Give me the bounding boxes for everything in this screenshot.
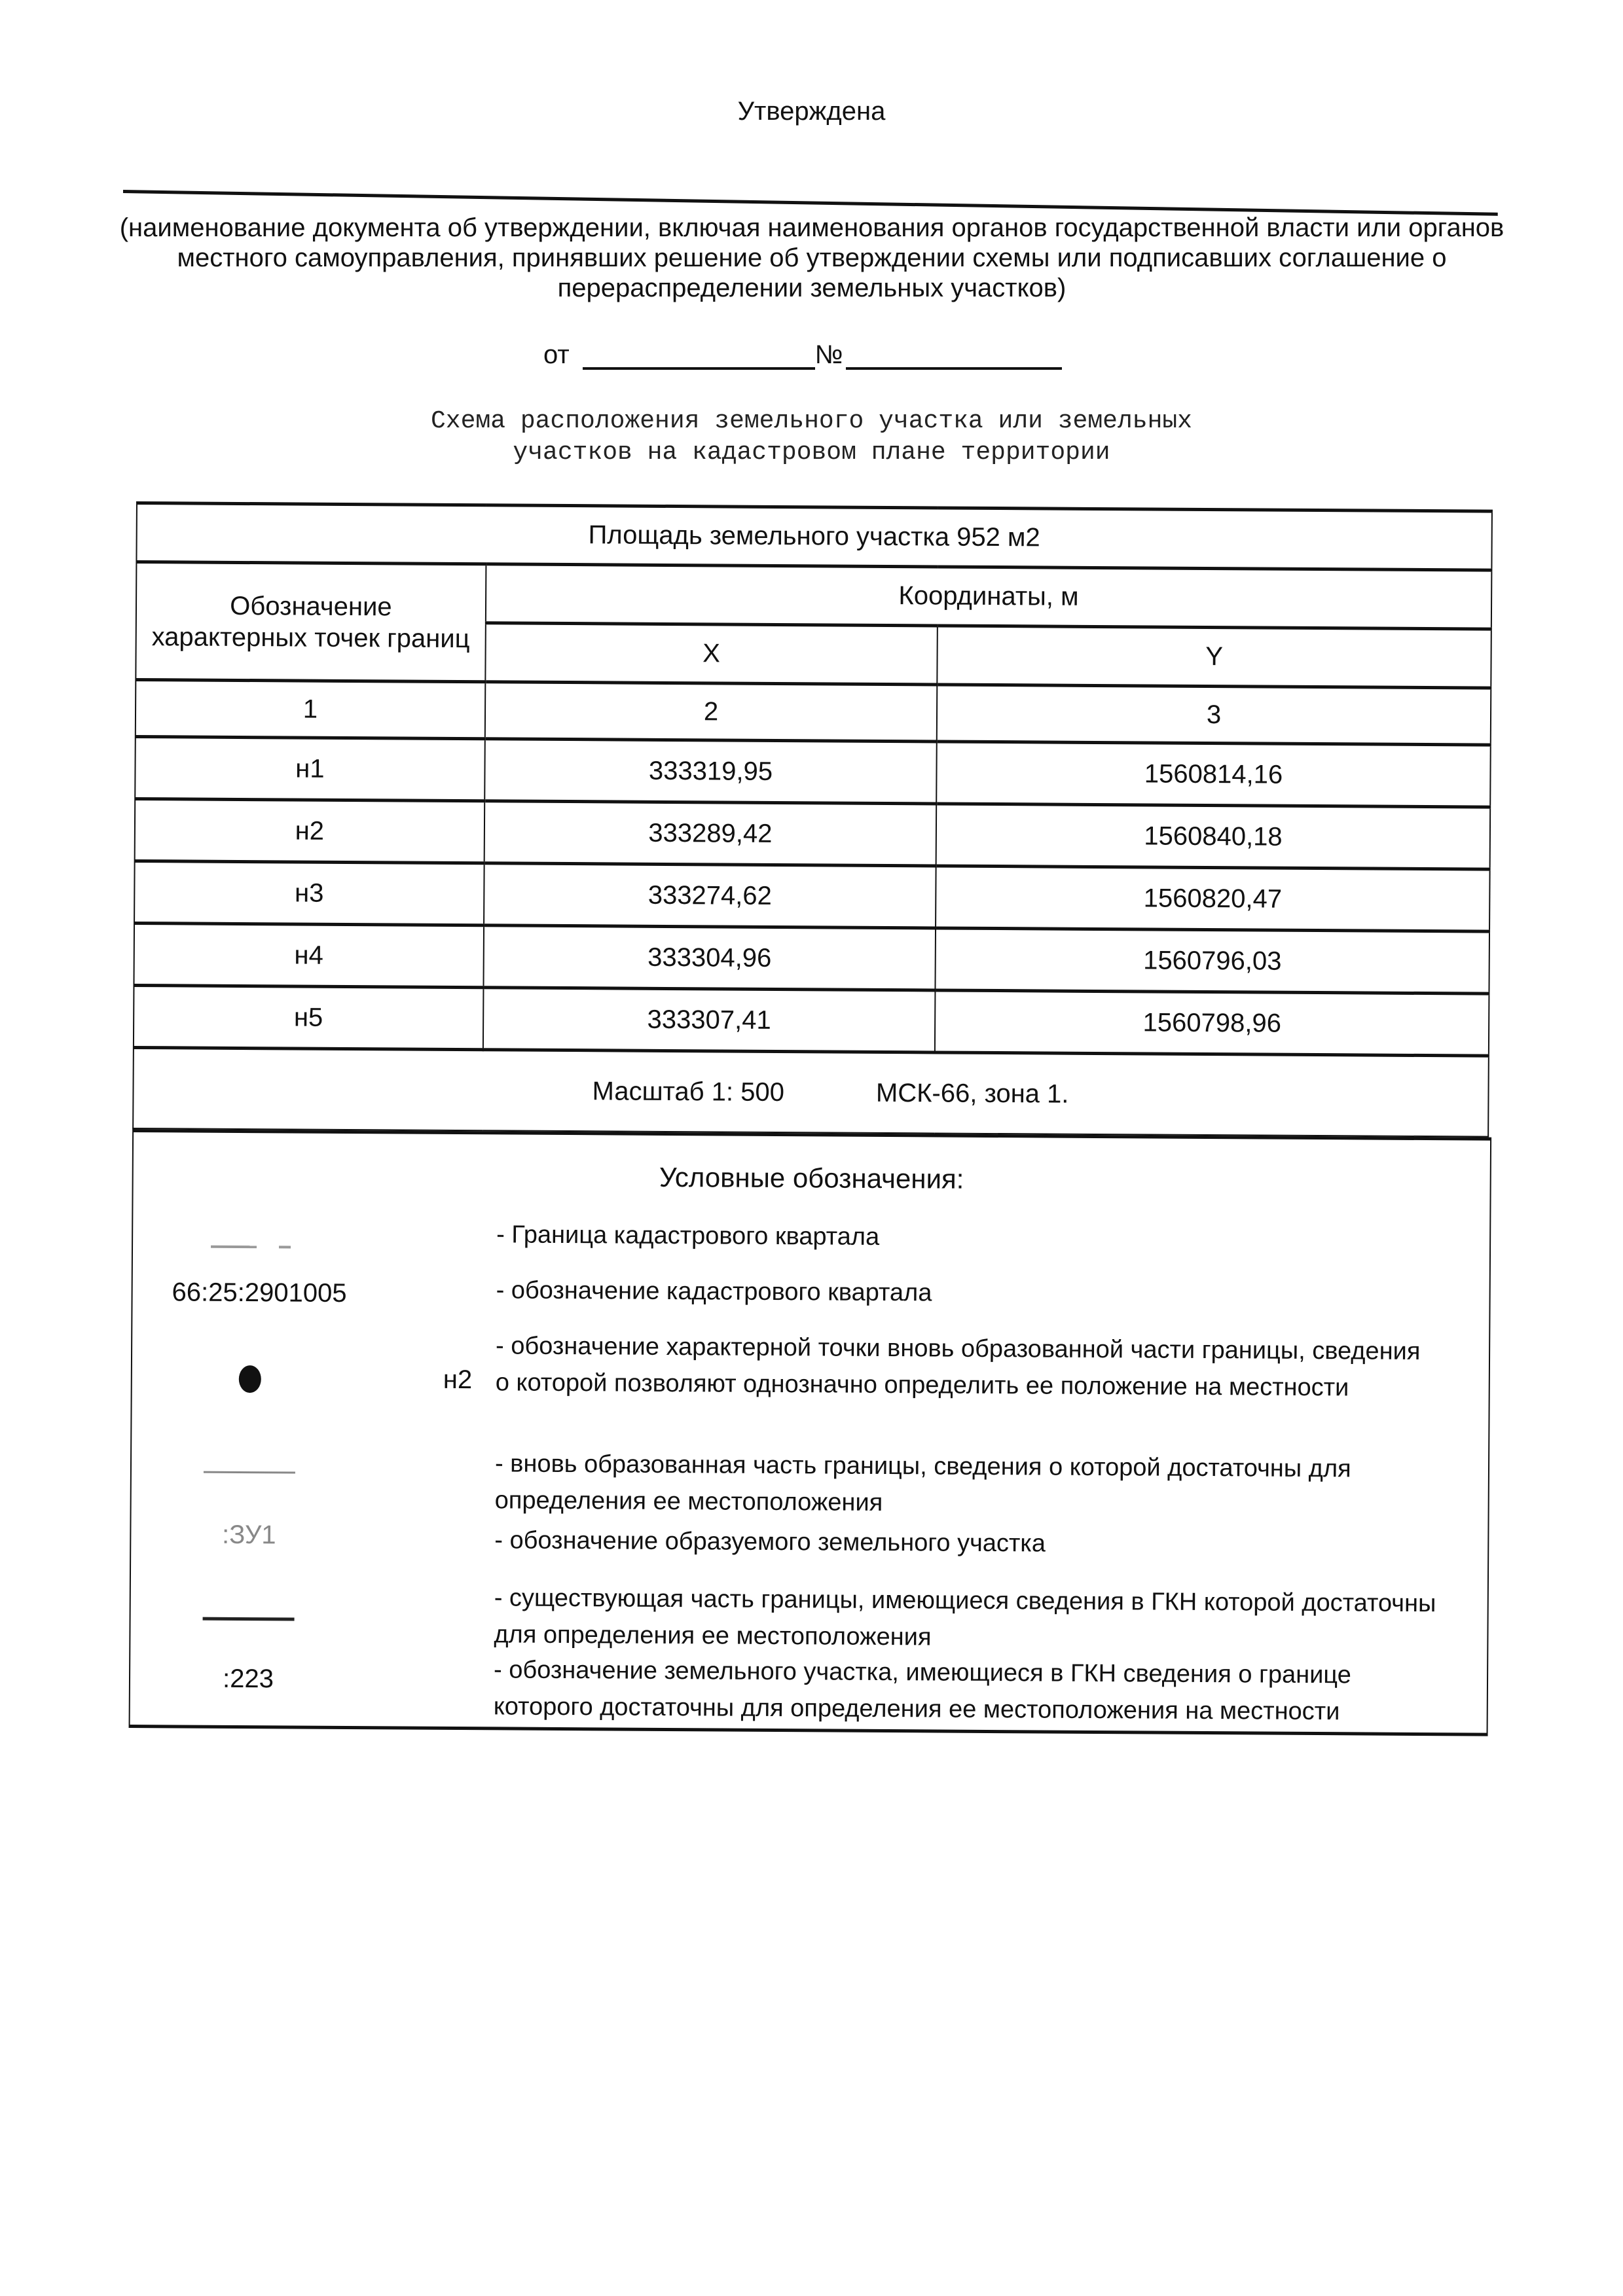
legend-text: - обозначение характерной точки вновь об… xyxy=(496,1327,1439,1407)
y-cell: 1560814,16 xyxy=(936,742,1490,807)
scale-row: Масштаб 1: 500 МСК-66, зона 1. xyxy=(133,1047,1489,1136)
x-header: X xyxy=(485,623,938,685)
number-field[interactable] xyxy=(846,367,1062,370)
y-header: Y xyxy=(937,626,1491,688)
document-name-line xyxy=(123,190,1498,216)
number-prefix: № xyxy=(815,340,843,370)
scheme-title: Схема расположения земельного участка ил… xyxy=(0,406,1623,469)
legend-item: - вновь образованная часть границы, свед… xyxy=(132,1443,1488,1452)
index-cell: 1 xyxy=(136,680,485,739)
point-label: н2 xyxy=(443,1365,473,1395)
table-row: н3 333274,62 1560820,47 xyxy=(134,861,1490,931)
coordinate-system-label: МСК-66, зона 1. xyxy=(876,1078,1069,1109)
table-row: н2 333289,42 1560840,18 xyxy=(135,798,1491,869)
legend-item: н2 - обозначение характерной точки вновь… xyxy=(132,1325,1489,1334)
coordinates-table: Площадь земельного участка 952 м2 Обозна… xyxy=(132,501,1493,1138)
index-row: 1 2 3 xyxy=(136,680,1491,745)
index-cell: 2 xyxy=(485,682,938,742)
date-number-row: от № xyxy=(543,340,1062,370)
date-prefix: от xyxy=(543,340,570,370)
plot-code-symbol: :223 xyxy=(170,1664,327,1694)
thin-line-icon xyxy=(171,1450,328,1480)
legend-item: - Граница кадастрового квартала xyxy=(133,1214,1489,1223)
thick-line-icon xyxy=(170,1597,327,1627)
new-plot-code-symbol: :ЗУ1 xyxy=(170,1520,327,1550)
legend-text: - обозначение земельного участка, имеющи… xyxy=(494,1651,1437,1731)
x-cell: 333304,96 xyxy=(483,925,936,990)
table-row: н1 333319,95 1560814,16 xyxy=(135,736,1491,807)
point-cell: н1 xyxy=(135,736,484,800)
point-cell: н2 xyxy=(135,798,484,863)
scale-label: Масштаб 1: 500 xyxy=(592,1077,784,1107)
point-cell: н5 xyxy=(134,985,483,1049)
date-field[interactable] xyxy=(583,367,815,370)
table-row: н5 333307,41 1560798,96 xyxy=(134,985,1489,1056)
y-cell: 1560798,96 xyxy=(935,990,1489,1056)
point-cell: н4 xyxy=(134,923,483,987)
legend-item: 66:25:2901005 - обозначение кадастрового… xyxy=(133,1270,1489,1278)
legend-text: - вновь образованная часть границы, свед… xyxy=(495,1445,1438,1524)
legend-text: - обозначение кадастрового квартала xyxy=(496,1272,1438,1314)
x-cell: 333307,41 xyxy=(483,988,936,1052)
area-cell: Площадь земельного участка 952 м2 xyxy=(136,503,1492,571)
legend: Условные обозначения: - Граница кадастро… xyxy=(129,1129,1492,1736)
table-row: н4 333304,96 1560796,03 xyxy=(134,923,1489,994)
x-cell: 333319,95 xyxy=(484,739,937,804)
point-cell: н3 xyxy=(134,861,484,925)
scheme-table-container: Площадь земельного участка 952 м2 Обозна… xyxy=(129,501,1504,1714)
x-cell: 333274,62 xyxy=(484,863,936,928)
coordinates-header: Координаты, м xyxy=(486,564,1492,629)
legend-text: - существующая часть границы, имеющиеся … xyxy=(494,1579,1437,1659)
scheme-title-line2: участков на кадастровом плане территории xyxy=(0,437,1623,469)
dashed-line-icon xyxy=(172,1225,329,1255)
quarter-code-symbol: 66:25:2901005 xyxy=(172,1278,329,1308)
scheme-title-line1: Схема расположения земельного участка ил… xyxy=(0,406,1623,437)
y-cell: 1560796,03 xyxy=(936,928,1489,994)
legend-text: - Граница кадастрового квартала xyxy=(496,1216,1439,1259)
legend-title: Условные обозначения: xyxy=(134,1158,1490,1198)
index-cell: 3 xyxy=(937,685,1491,745)
approved-heading: Утверждена xyxy=(0,97,1623,126)
y-cell: 1560840,18 xyxy=(936,804,1490,869)
point-dot-icon xyxy=(172,1365,329,1399)
document-caption: (наименование документа об утверждении, … xyxy=(92,213,1532,303)
x-cell: 333289,42 xyxy=(484,801,936,866)
legend-text: - обозначение образуемого земельного уча… xyxy=(494,1522,1437,1564)
legend-item: - существующая часть границы, имеющиеся … xyxy=(131,1577,1487,1586)
y-cell: 1560820,47 xyxy=(936,866,1489,931)
point-header: Обозначение характерных точек границ xyxy=(136,562,486,682)
